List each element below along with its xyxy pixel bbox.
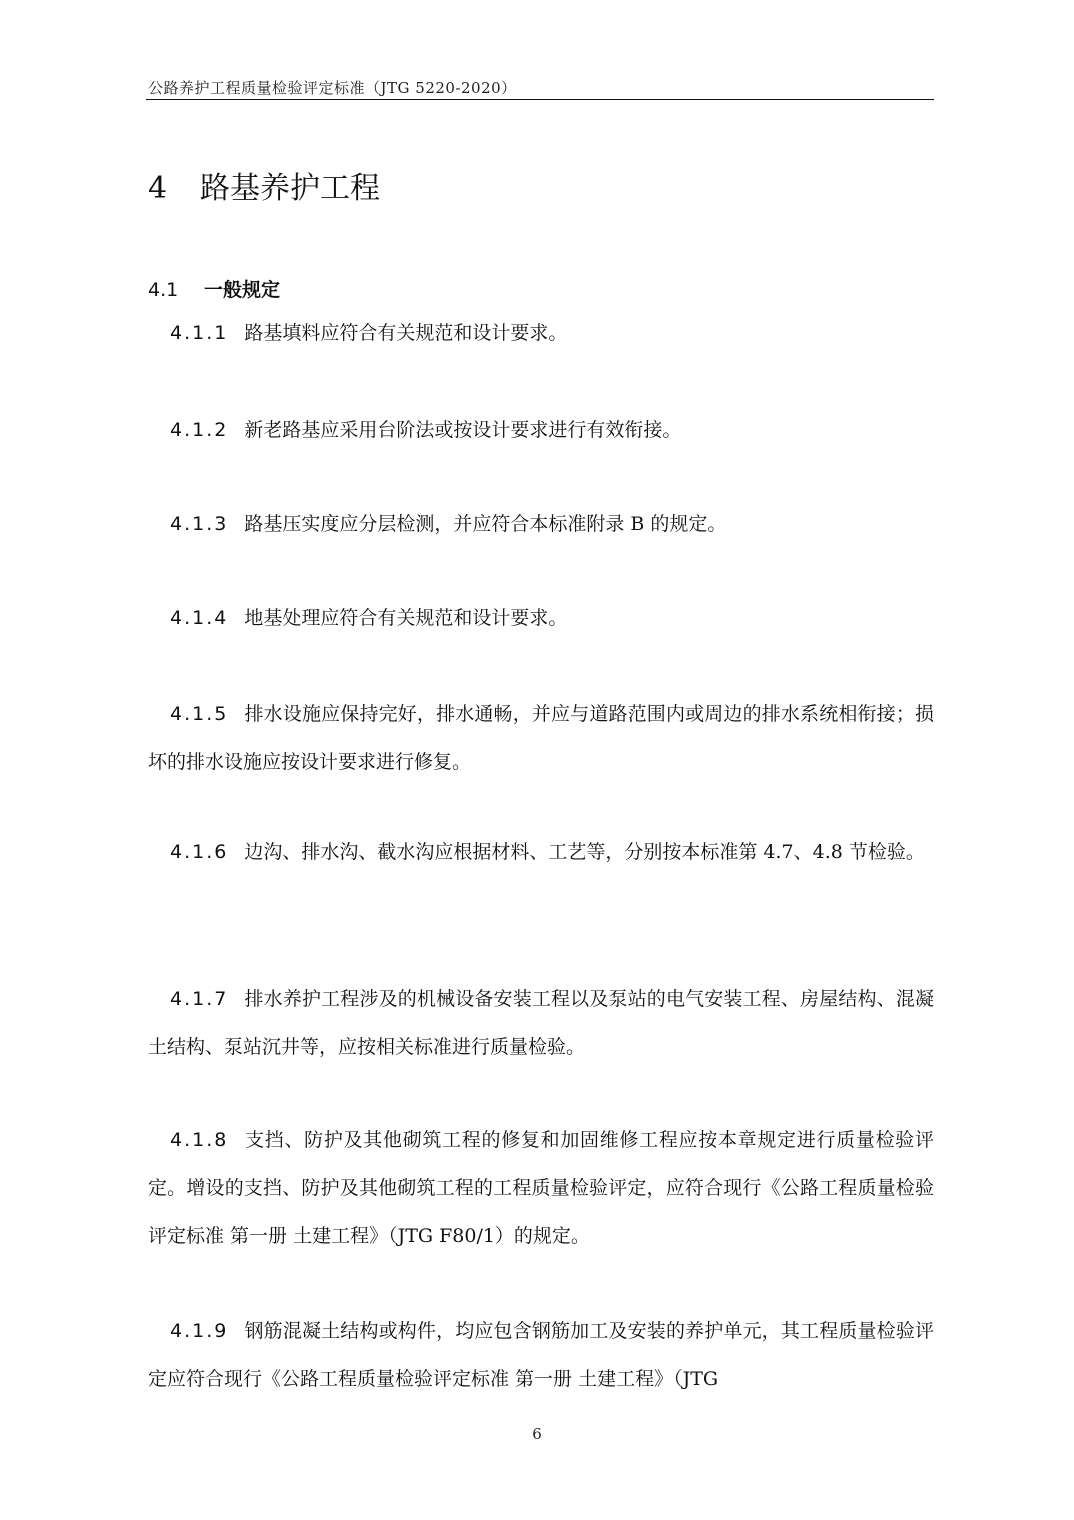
clause-4-1-5: 4.1.5排水设施应保持完好，排水通畅，并应与道路范围内或周边的排水系统相衔接；… xyxy=(148,690,934,786)
page-number: 6 xyxy=(0,1425,1074,1443)
clause-number: 4.1.8 xyxy=(170,1116,228,1164)
clause-number: 4.1.4 xyxy=(170,594,228,642)
clause-4-1-4: 4.1.4地基处理应符合有关规范和设计要求。 xyxy=(148,594,934,642)
clause-text: 排水设施应保持完好，排水通畅，并应与道路范围内或周边的排水系统相衔接；损坏的排水… xyxy=(148,703,934,773)
clause-4-1-6: 4.1.6边沟、排水沟、截水沟应根据材料、工艺等，分别按本标准第 4.7、4.8… xyxy=(148,828,934,876)
clause-number: 4.1.5 xyxy=(170,690,228,738)
clause-text: 新老路基应采用台阶法或按设计要求进行有效衔接。 xyxy=(244,419,681,441)
clause-4-1-7: 4.1.7排水养护工程涉及的机械设备安装工程以及泵站的电气安装工程、房屋结构、混… xyxy=(148,975,934,1071)
clause-text: 边沟、排水沟、截水沟应根据材料、工艺等，分别按本标准第 4.7、4.8 节检验。 xyxy=(244,841,925,863)
clause-number: 4.1.7 xyxy=(170,975,228,1023)
clause-number: 4.1.3 xyxy=(170,500,228,548)
clause-number: 4.1.1 xyxy=(170,309,228,357)
running-header-title: 公路养护工程质量检验评定标准（JTG 5220-2020） xyxy=(148,77,517,98)
clause-text: 排水养护工程涉及的机械设备安装工程以及泵站的电气安装工程、房屋结构、混凝土结构、… xyxy=(148,988,934,1058)
clause-number: 4.1.2 xyxy=(170,406,228,454)
header-divider xyxy=(146,99,934,100)
chapter-heading: 4路基养护工程 xyxy=(148,163,380,207)
clause-number: 4.1.9 xyxy=(170,1307,228,1355)
chapter-number: 4 xyxy=(148,171,200,206)
clause-4-1-2: 4.1.2新老路基应采用台阶法或按设计要求进行有效衔接。 xyxy=(148,406,934,454)
chapter-title-text: 路基养护工程 xyxy=(200,171,380,206)
section-number: 4.1 xyxy=(148,279,204,301)
section-title-text: 一般规定 xyxy=(204,279,280,301)
clause-4-1-9: 4.1.9钢筋混凝土结构或构件，均应包含钢筋加工及安装的养护单元，其工程质量检验… xyxy=(148,1307,934,1403)
clause-4-1-1: 4.1.1路基填料应符合有关规范和设计要求。 xyxy=(148,309,934,357)
clause-text: 路基压实度应分层检测，并应符合本标准附录 B 的规定。 xyxy=(244,513,726,535)
clause-text: 路基填料应符合有关规范和设计要求。 xyxy=(244,322,567,344)
clause-text: 钢筋混凝土结构或构件，均应包含钢筋加工及安装的养护单元，其工程质量检验评定应符合… xyxy=(148,1320,934,1390)
clause-4-1-8: 4.1.8支挡、防护及其他砌筑工程的修复和加固维修工程应按本章规定进行质量检验评… xyxy=(148,1116,934,1260)
clause-number: 4.1.6 xyxy=(170,828,228,876)
clause-text: 地基处理应符合有关规范和设计要求。 xyxy=(244,607,567,629)
clause-4-1-3: 4.1.3路基压实度应分层检测，并应符合本标准附录 B 的规定。 xyxy=(148,500,934,548)
section-heading: 4.1一般规定 xyxy=(148,275,280,302)
clause-text: 支挡、防护及其他砌筑工程的修复和加固维修工程应按本章规定进行质量检验评定。增设的… xyxy=(148,1129,934,1247)
